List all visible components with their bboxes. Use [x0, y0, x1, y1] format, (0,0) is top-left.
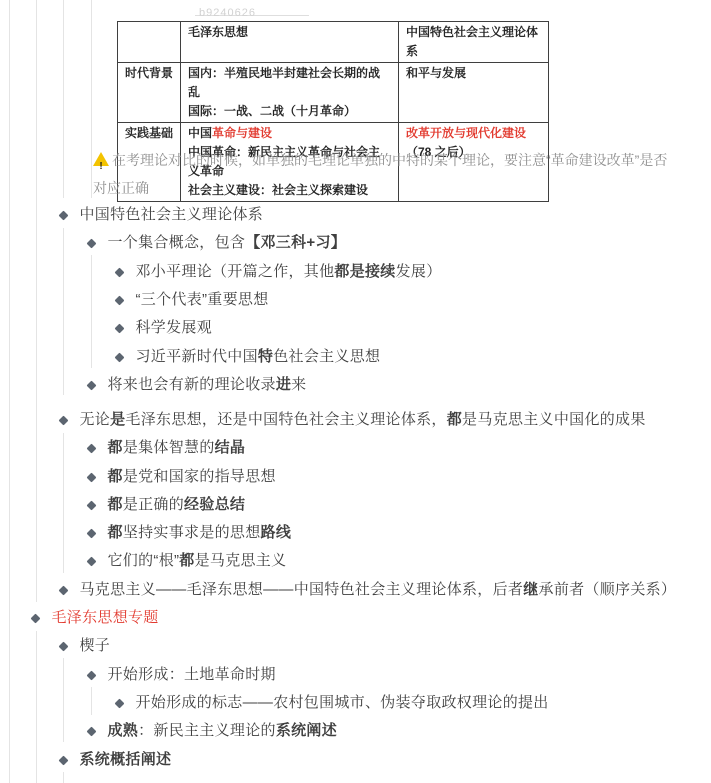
- outline-item-10[interactable]: 都是正确的经验总结: [108, 495, 246, 515]
- outline-item-2[interactable]: 邓小平理论（开篇之作，其他都是接续发展）: [136, 262, 442, 282]
- text-segment: 无论: [80, 411, 111, 428]
- text-segment: 国际：一战、二战（十月革命）: [188, 104, 356, 118]
- text-segment: 毛泽东思想，还是中国特色社会主义理论体系，: [125, 411, 446, 428]
- outline-item-1[interactable]: 一个集合概念，包含【邓三科+习】: [108, 233, 347, 253]
- text-segment: 毛泽东思想专题: [52, 609, 159, 626]
- text-segment: 马克思主义——毛泽东思想——中国特色社会主义理论体系，后者: [80, 581, 524, 598]
- watermark: b9240626: [199, 7, 256, 19]
- outline-item-6[interactable]: 将来也会有新的理论收录进来: [108, 375, 307, 395]
- outline-item-14[interactable]: 毛泽东思想专题: [52, 608, 159, 628]
- node-bullet-icon[interactable]: [115, 267, 125, 277]
- text-segment: 是正确的: [123, 496, 184, 513]
- node-bullet-icon[interactable]: [87, 238, 97, 248]
- note-text: 在考理论对比的时候，如单独的毛理论单独的中特的某个理论，要注意“革命建设改革”是…: [112, 152, 667, 168]
- text-segment: 中国特色社会主义理论体系: [80, 206, 264, 223]
- outline-item-16[interactable]: 开始形成：土地革命时期: [108, 665, 276, 685]
- text-segment: 发展）: [396, 263, 442, 280]
- node-bullet-icon[interactable]: [115, 352, 125, 362]
- text-segment: 是: [110, 411, 125, 428]
- note-line: !在考理论对比的时候，如单独的毛理论单独的中特的某个理论，要注意“革命建设改革”…: [93, 146, 698, 174]
- text-segment: 进: [276, 376, 291, 393]
- node-bullet-icon[interactable]: [115, 323, 125, 333]
- node-bullet-icon[interactable]: [59, 755, 69, 765]
- node-bullet-icon[interactable]: [115, 698, 125, 708]
- text-segment: ：新民主主义理论的: [138, 722, 276, 739]
- table-cell: 国内：半殖民地半封建社会长期的战乱国际：一战、二战（十月革命）: [181, 63, 399, 123]
- node-bullet-icon[interactable]: [87, 500, 97, 510]
- indent-guide-line: [9, 0, 10, 783]
- text-segment: 是马克思主义: [195, 552, 287, 569]
- text-segment: 实践基础: [125, 126, 173, 140]
- text-segment: 改革开放与现代化建设: [406, 126, 526, 140]
- outline-item-18[interactable]: 成熟：新民主主义理论的系统阐述: [108, 721, 338, 741]
- node-bullet-icon[interactable]: [59, 415, 69, 425]
- outline-item-17[interactable]: 开始形成的标志——农村包围城市、伪装夺取政权理论的提出: [136, 693, 549, 713]
- text-segment: 开始形成的标志——农村包围城市、伪装夺取政权理论的提出: [136, 694, 549, 711]
- table-cell: [118, 22, 181, 63]
- indent-guide-line: [63, 433, 64, 573]
- indent-guide-line: [91, 255, 92, 368]
- outline-item-4[interactable]: 科学发展观: [136, 318, 213, 338]
- note-text: 对应正确: [93, 180, 149, 196]
- outline-item-9[interactable]: 都是党和国家的指导思想: [108, 467, 276, 487]
- text-segment: 来: [291, 376, 306, 393]
- text-segment: 是党和国家的指导思想: [123, 468, 276, 485]
- table-row: 时代背景国内：半殖民地半封建社会长期的战乱国际：一战、二战（十月革命）和平与发展: [118, 63, 549, 123]
- node-bullet-icon[interactable]: [87, 726, 97, 736]
- indent-guide-line: [63, 658, 64, 742]
- node-bullet-icon[interactable]: [87, 380, 97, 390]
- text-segment: 色社会主义思想: [273, 348, 380, 365]
- outline-item-12[interactable]: 它们的“根”都是马克思主义: [108, 551, 287, 571]
- node-bullet-icon[interactable]: [115, 295, 125, 305]
- node-bullet-icon[interactable]: [87, 670, 97, 680]
- text-segment: 都: [179, 552, 194, 569]
- text-segment: 都: [108, 439, 123, 456]
- text-segment: 时代背景: [125, 66, 173, 80]
- table-cell: 和平与发展: [399, 63, 549, 123]
- text-segment: 它们的“根”: [108, 552, 180, 569]
- text-segment: 路线: [261, 524, 292, 541]
- text-segment: 科学发展观: [136, 319, 213, 336]
- node-bullet-icon[interactable]: [59, 210, 69, 220]
- indent-guide-line: [63, 0, 64, 198]
- outline-item-0[interactable]: 中国特色社会主义理论体系: [80, 205, 264, 225]
- text-segment: 开始形成：土地革命时期: [108, 666, 276, 683]
- warning-exclamation: !: [93, 153, 109, 181]
- text-segment: 邓小平理论（开篇之作，其他: [136, 263, 335, 280]
- outline-item-15[interactable]: 楔子: [80, 636, 111, 656]
- node-note[interactable]: !在考理论对比的时候，如单独的毛理论单独的中特的某个理论，要注意“革命建设改革”…: [93, 146, 698, 202]
- outline-item-5[interactable]: 习近平新时代中国特色社会主义思想: [136, 347, 381, 367]
- outline-item-19[interactable]: 系统概括阐述: [80, 750, 172, 770]
- text-segment: 毛泽东思想: [188, 25, 248, 39]
- node-bullet-icon[interactable]: [59, 585, 69, 595]
- text-segment: 是马克思主义中国化的成果: [462, 411, 646, 428]
- text-segment: 系统概括阐述: [80, 751, 172, 768]
- indent-guide-line: [91, 0, 92, 198]
- text-segment: 都: [108, 524, 123, 541]
- table-cell: 中国特色社会主义理论体系: [399, 22, 549, 63]
- node-bullet-icon[interactable]: [31, 613, 41, 623]
- text-segment: 将来也会有新的理论收录: [108, 376, 276, 393]
- table-row: 毛泽东思想中国特色社会主义理论体系: [118, 22, 549, 63]
- text-segment: 一个集合概念，包含: [108, 234, 246, 251]
- text-segment: 中国特色社会主义理论体系: [406, 25, 538, 58]
- text-segment: 结晶: [215, 439, 246, 456]
- node-bullet-icon[interactable]: [87, 472, 97, 482]
- node-bullet-icon[interactable]: [59, 641, 69, 651]
- text-segment: 成熟: [108, 722, 139, 739]
- indent-guide-line: [63, 228, 64, 395]
- note-line: 对应正确: [93, 174, 698, 202]
- text-segment: 系统阐述: [276, 722, 337, 739]
- text-segment: “三个代表”重要思想: [136, 291, 269, 308]
- text-segment: 继: [523, 581, 538, 598]
- outline-item-11[interactable]: 都坚持实事求是的思想路线: [108, 523, 292, 543]
- table-cell: 时代背景: [118, 63, 181, 123]
- text-segment: 都: [108, 468, 123, 485]
- outline-item-3[interactable]: “三个代表”重要思想: [136, 290, 269, 310]
- text-segment: 承前者（顺序关系）: [539, 581, 677, 598]
- node-bullet-icon[interactable]: [87, 443, 97, 453]
- indent-guide-line: [36, 0, 37, 602]
- node-bullet-icon[interactable]: [87, 556, 97, 566]
- text-segment: 和平与发展: [406, 66, 466, 80]
- outline-item-13[interactable]: 马克思主义——毛泽东思想——中国特色社会主义理论体系，后者继承前者（顺序关系）: [80, 580, 677, 600]
- text-segment: 经验总结: [184, 496, 245, 513]
- outline-item-7[interactable]: 无论是毛泽东思想，还是中国特色社会主义理论体系，都是马克思主义中国化的成果: [80, 410, 646, 430]
- text-segment: 都: [447, 411, 462, 428]
- text-segment: 特: [258, 348, 273, 365]
- indent-guide-line: [91, 687, 92, 715]
- outline-item-8[interactable]: 都是集体智慧的结晶: [108, 438, 246, 458]
- text-segment: 国内：半殖民地半封建社会长期的战乱: [188, 66, 380, 99]
- warning-icon: !: [93, 152, 109, 166]
- table-cell: 毛泽东思想: [181, 22, 399, 63]
- indent-guide-line: [63, 772, 64, 783]
- text-segment: 习近平新时代中国: [136, 348, 258, 365]
- text-segment: 楔子: [80, 637, 111, 654]
- text-segment: 是集体智慧的: [123, 439, 215, 456]
- text-segment: 革命与建设: [212, 126, 272, 140]
- text-segment: 【邓三科+习】: [245, 234, 346, 251]
- text-segment: 坚持实事求是的思想: [123, 524, 261, 541]
- indent-guide-line: [36, 631, 37, 783]
- node-bullet-icon[interactable]: [87, 528, 97, 538]
- text-segment: 都是接续: [334, 263, 395, 280]
- text-segment: 中国: [188, 126, 212, 140]
- text-segment: 都: [108, 496, 123, 513]
